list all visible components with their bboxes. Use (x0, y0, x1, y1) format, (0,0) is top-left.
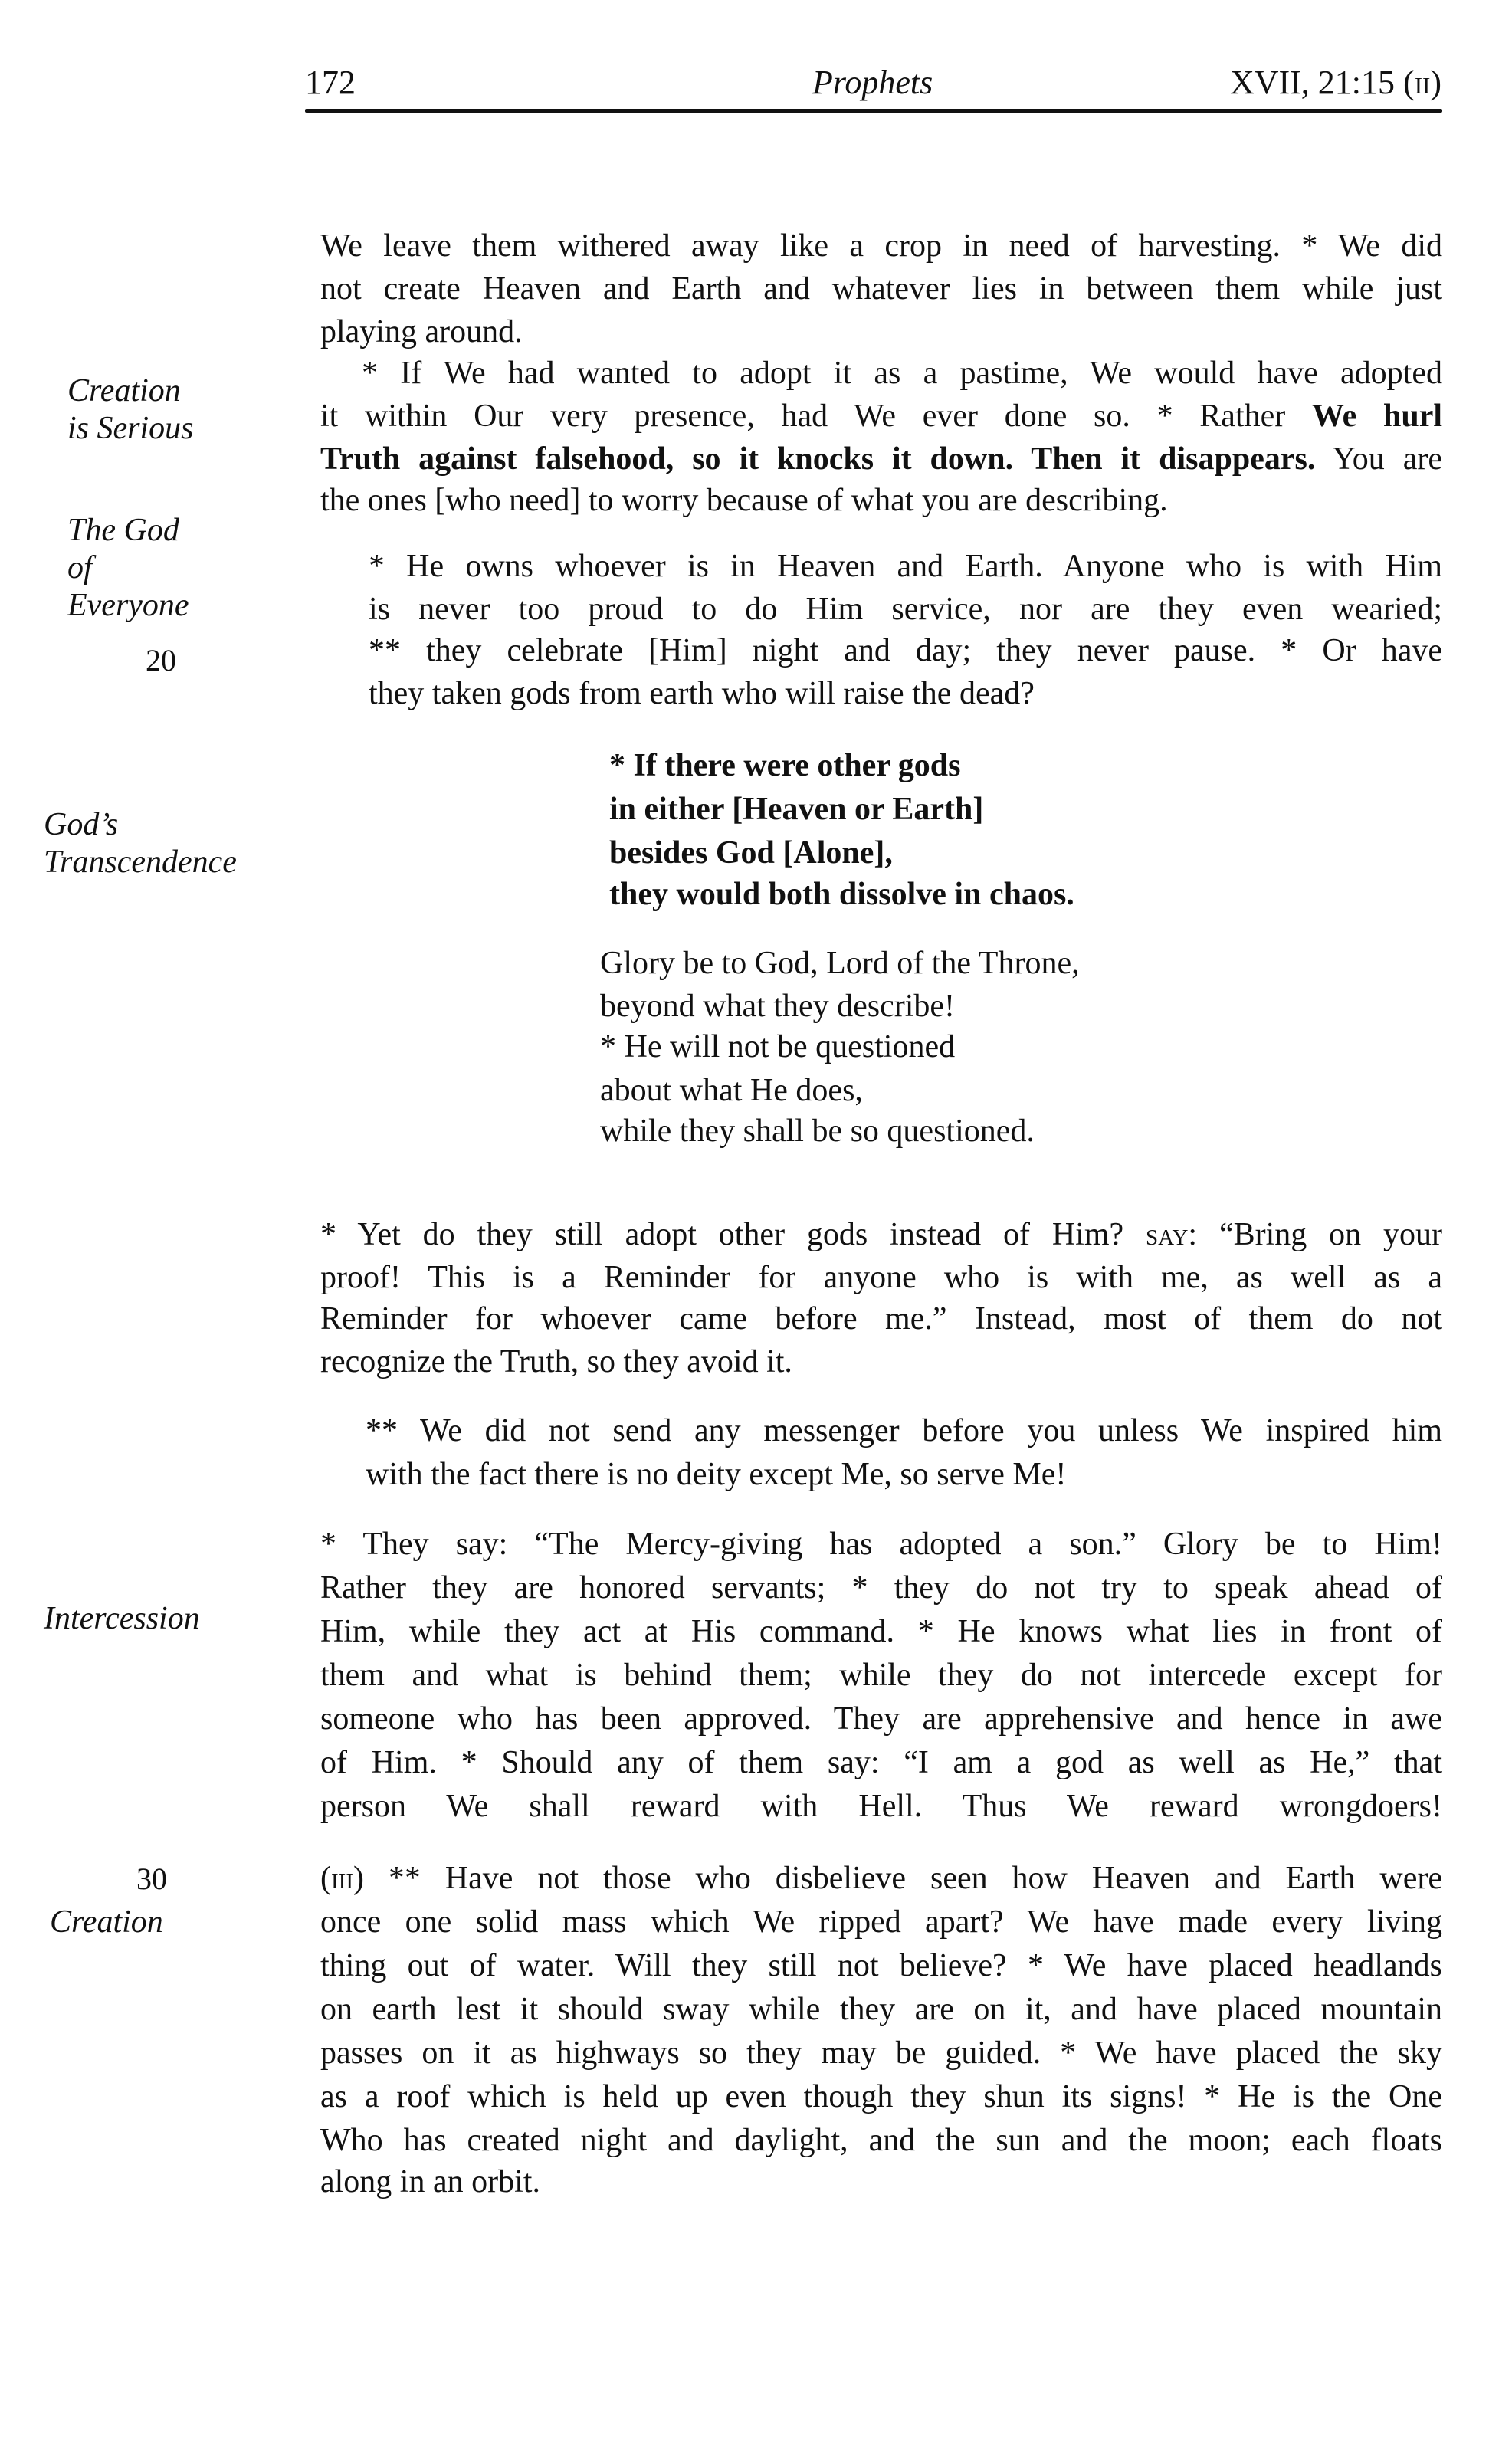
text-line: person We shall reward with Hell. Thus W… (320, 1787, 1442, 1825)
text-line: recognize the Truth, so they avoid it. (320, 1343, 792, 1381)
text-line: of Him. * Should any of them say: “I am … (320, 1743, 1442, 1782)
margin-note-line: Creation (67, 372, 194, 410)
text-span: : “Bring on your (1188, 1217, 1442, 1252)
text-span: * Yet do they still adopt other gods ins… (320, 1217, 1146, 1252)
text-line: on earth lest it should sway while they … (320, 1990, 1442, 2029)
reference-main: XVII, 21:15 ( (1230, 64, 1415, 101)
section-marker: iii (331, 1861, 353, 1896)
chapter-verse-reference: XVII, 21:15 (ii) (1230, 63, 1441, 102)
text-line: them and what is behind them; while they… (320, 1656, 1442, 1694)
text-line: (iii) ** Have not those who disbelieve s… (320, 1859, 1442, 1898)
text-line: is never too proud to do Him service, no… (369, 590, 1442, 628)
verse-line: they would both dissolve in chaos. (609, 875, 1074, 914)
margin-note-line: of (67, 549, 189, 587)
text-line: We leave them withered away like a crop … (320, 227, 1442, 265)
text-line: Truth against falsehood, so it knocks it… (320, 440, 1442, 478)
margin-note-gods-transcendence: God’s Transcendence (44, 806, 237, 881)
text-line: Rather they are honored servants; * they… (320, 1569, 1442, 1607)
text-line: someone who has been approved. They are … (320, 1700, 1442, 1738)
text-line: proof! This is a Reminder for anyone who… (320, 1258, 1442, 1297)
reference-close: ) (1430, 64, 1441, 101)
verse-number-20: 20 (146, 642, 176, 678)
text-line: Him, while they act at His command. * He… (320, 1612, 1442, 1651)
text-line: thing out of water. Will they still not … (320, 1947, 1442, 1985)
verse-line: in either [Heaven or Earth] (609, 790, 983, 828)
page-number: 172 (305, 63, 356, 102)
emphasis-text: Truth against falsehood, so it knocks it… (320, 441, 1315, 477)
verse-line: while they shall be so questioned. (600, 1112, 1035, 1150)
text-line: with the fact there is no deity except M… (366, 1455, 1066, 1494)
text-line: they taken gods from earth who will rais… (369, 674, 1035, 713)
text-line: the ones [who need] to worry because of … (320, 481, 1393, 520)
text-line: once one solid mass which We ripped apar… (320, 1903, 1442, 1941)
text-line: ** they celebrate [Him] night and day; t… (369, 631, 1442, 670)
text-line: Reminder for whoever came before me.” In… (320, 1300, 1442, 1338)
margin-note-line: God’s (44, 806, 237, 844)
text-line: passes on it as highways so they may be … (320, 2034, 1442, 2072)
text-line: ** We did not send any messenger before … (366, 1412, 1442, 1450)
text-line: it within Our very presence, had We ever… (320, 397, 1442, 435)
running-title: Prophets (812, 63, 933, 102)
header-rule (305, 109, 1442, 113)
margin-note-god-of-everyone: The God of Everyone (67, 512, 189, 625)
text-line: * Yet do they still adopt other gods ins… (320, 1215, 1442, 1254)
text-line: as a roof which is held up even though t… (320, 2078, 1442, 2116)
verse-line: Glory be to God, Lord of the Throne, (600, 944, 1080, 982)
verse-line: * If there were other gods (609, 746, 960, 785)
text-span: ** Have not those who disbelieve seen ho… (364, 1861, 1442, 1896)
margin-note-line: Everyone (67, 587, 189, 625)
verse-line: about what He does, (600, 1071, 863, 1110)
margin-note-line: Creation (50, 1904, 163, 1941)
text-span: it within Our very presence, had We ever… (320, 399, 1312, 434)
verse-line: * He will not be questioned (600, 1028, 955, 1066)
section-open: ( (320, 1861, 331, 1896)
verse-line: beyond what they describe! (600, 987, 955, 1025)
text-line: * He owns whoever is in Heaven and Earth… (369, 547, 1442, 586)
text-span: You are (1315, 441, 1442, 477)
say-marker: say (1146, 1217, 1188, 1252)
margin-note-line: is Serious (67, 410, 194, 448)
verse-line: besides God [Alone], (609, 834, 893, 872)
section-close: ) (353, 1861, 364, 1896)
margin-note-line: Transcendence (44, 844, 237, 881)
text-line: along in an orbit. (320, 2163, 540, 2201)
text-line: Who has created night and daylight, and … (320, 2121, 1442, 2160)
margin-note-line: The God (67, 512, 189, 549)
text-line: playing around. (320, 313, 523, 351)
text-line: * They say: “The Mercy-giving has adopte… (320, 1525, 1442, 1563)
emphasis-text: We hurl (1312, 399, 1442, 434)
reference-section: ii (1415, 64, 1431, 101)
verse-number-30: 30 (136, 1861, 167, 1897)
margin-note-creation: Creation (50, 1904, 163, 1941)
margin-note-line: Intercession (44, 1600, 200, 1638)
margin-note-intercession: Intercession (44, 1600, 200, 1638)
margin-note-creation-is-serious: Creation is Serious (67, 372, 194, 448)
text-line: not create Heaven and Earth and whatever… (320, 270, 1442, 308)
text-line: * If We had wanted to adopt it as a past… (362, 354, 1442, 392)
